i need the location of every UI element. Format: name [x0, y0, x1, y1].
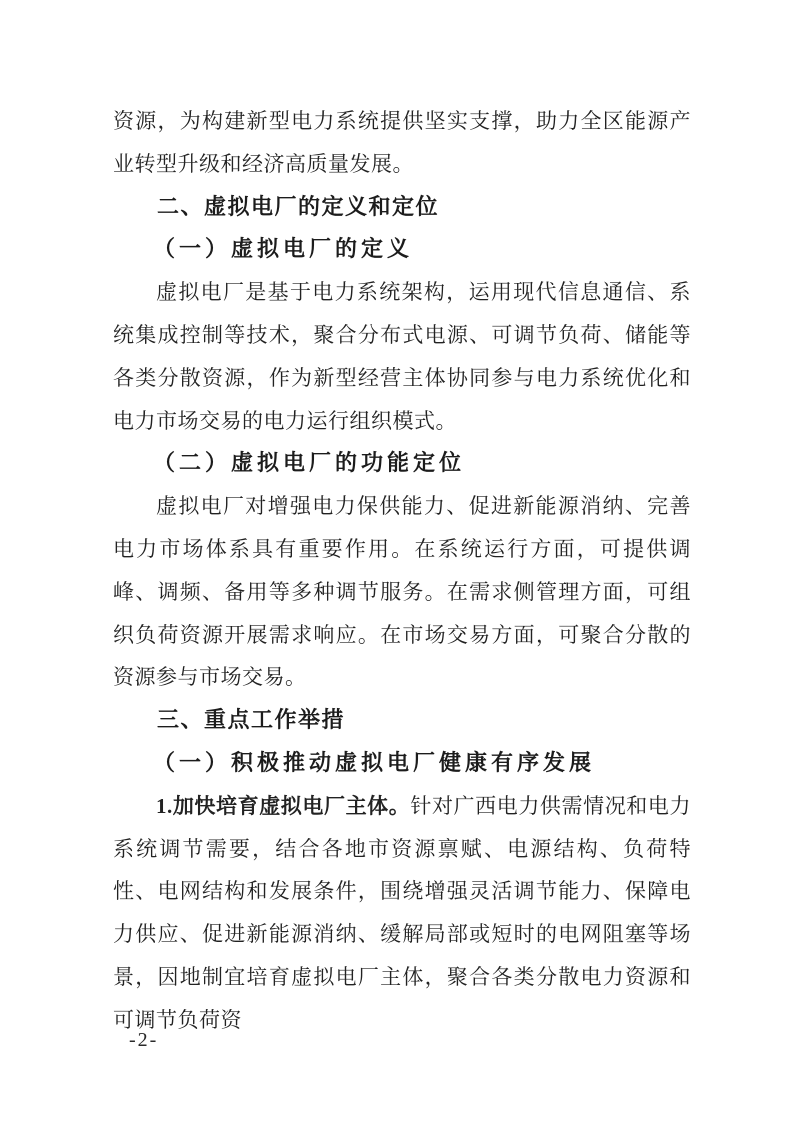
body-paragraph: 虚拟电厂是基于电力系统架构，运用现代信息通信、系统集成控制等技术，聚合分布式电源…	[113, 271, 691, 442]
body-paragraph: 虚拟电厂对增强电力保供能力、促进新能源消纳、完善电力市场体系具有重要作用。在系统…	[113, 485, 691, 699]
paragraph-lead-bold: 1.加快培育虚拟电厂主体。	[156, 794, 410, 818]
section-heading: 三、重点工作举措	[113, 699, 691, 742]
document-page: 资源，为构建新型电力系统提供坚实支撑，助力全区能源产业转型升级和经济高质量发展。…	[0, 0, 794, 1123]
document-body: 资源，为构建新型电力系统提供坚实支撑，助力全区能源产业转型升级和经济高质量发展。…	[113, 100, 691, 1042]
subsection-heading: （一）积极推动虚拟电厂健康有序发展	[113, 742, 691, 785]
section-heading: 二、虚拟电厂的定义和定位	[113, 186, 691, 229]
paragraph-text: 针对广西电力供需情况和电力系统调节需要，结合各地市资源禀赋、电源结构、负荷特性、…	[113, 794, 691, 1032]
subsection-heading: （二）虚拟电厂的功能定位	[113, 442, 691, 485]
body-paragraph: 1.加快培育虚拟电厂主体。针对广西电力供需情况和电力系统调节需要，结合各地市资源…	[113, 785, 691, 1042]
body-paragraph-continuation: 资源，为构建新型电力系统提供坚实支撑，助力全区能源产业转型升级和经济高质量发展。	[113, 100, 691, 186]
page-number: -2-	[129, 1029, 158, 1052]
subsection-heading: （一）虚拟电厂的定义	[113, 228, 691, 271]
